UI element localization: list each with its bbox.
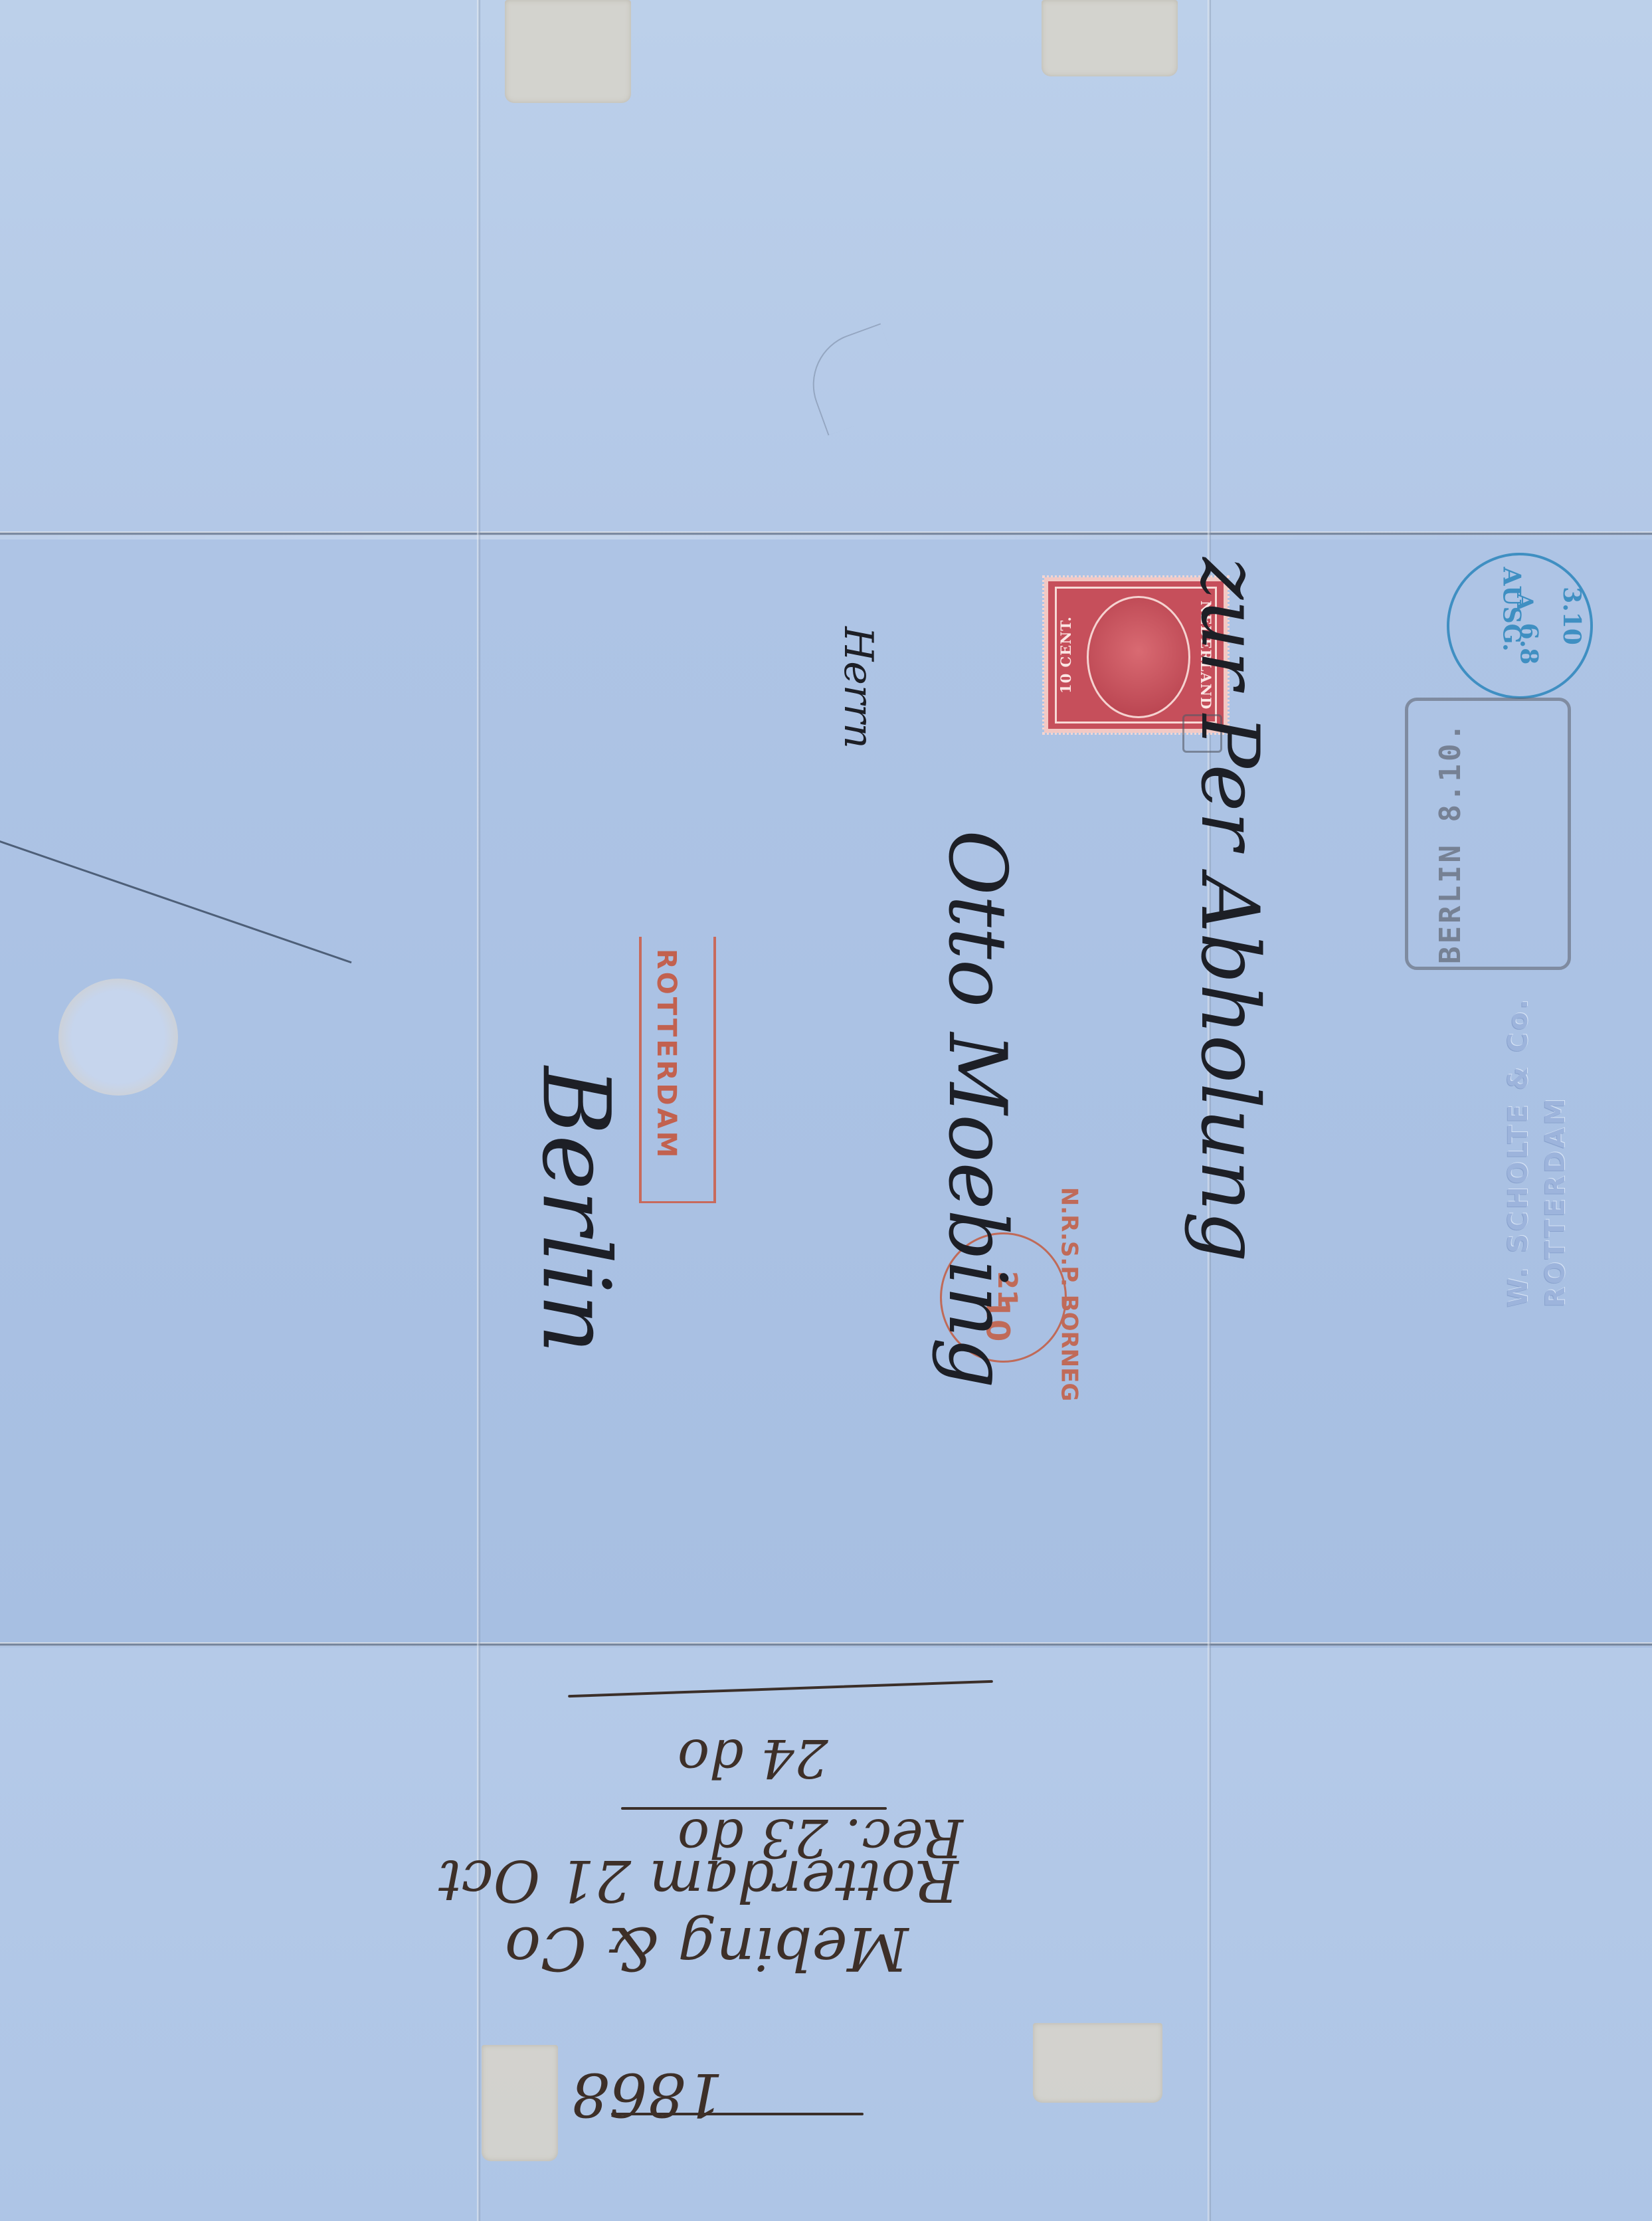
rotterdam-text: ROTTERDAM	[651, 949, 682, 1160]
ausg-date: 6.8	[1514, 623, 1542, 665]
stamp-portrait-oval	[1087, 596, 1190, 718]
hinge-tab	[482, 2045, 558, 2161]
emboss-line-2: ROTTERDAM	[1537, 997, 1574, 1307]
transit-top-text: N.R.S.P. BORNEG	[1055, 1187, 1082, 1402]
ausg-letter: A	[1511, 593, 1538, 611]
ausg-postmark: AUSG. A 6.8 3.10	[1447, 553, 1593, 699]
hinge-tab	[1042, 0, 1178, 76]
wafer-seal	[58, 979, 178, 1096]
horizontal-fold-bottom	[0, 1642, 1652, 1646]
embossed-company-seal: W. SCHOLTE & Co. ROTTERDAM	[1500, 997, 1574, 1307]
hinge-tab	[505, 0, 631, 103]
rotterdam-boxed-postmark: ROTTERDAM	[639, 937, 716, 1203]
middle-panel-address-side	[0, 539, 1652, 1642]
address-city: Berlin	[521, 1066, 630, 1353]
docket-received: Rec. 23 do	[678, 1807, 963, 1869]
docket-answered: 24 do	[678, 1727, 828, 1789]
letter-sheet: 10 CENT. NEDERLAND AUSG. A 6.8 3.10 BERL…	[0, 0, 1652, 2221]
hinge-tab	[1033, 2023, 1162, 2103]
address-herrn: Herrn	[835, 627, 881, 749]
emboss-line-1: W. SCHOLTE & Co.	[1500, 997, 1537, 1307]
arrival-text: BERLIN 8.10.	[1435, 721, 1467, 964]
stamp-value: 10 CENT.	[1057, 595, 1083, 716]
horizontal-fold-top	[0, 531, 1652, 535]
docket-year: 1868	[571, 2060, 723, 2129]
ausg-time: 3.10	[1558, 587, 1586, 645]
address-addressee: Otto Moebing	[931, 830, 1023, 1389]
arrival-boxed-postmark: BERLIN 8.10.	[1405, 698, 1571, 970]
top-panel	[0, 0, 1652, 531]
address-route-note: zur Per Abholung	[1183, 557, 1275, 1262]
docket-sender: Mebing & Co	[505, 1913, 909, 1983]
